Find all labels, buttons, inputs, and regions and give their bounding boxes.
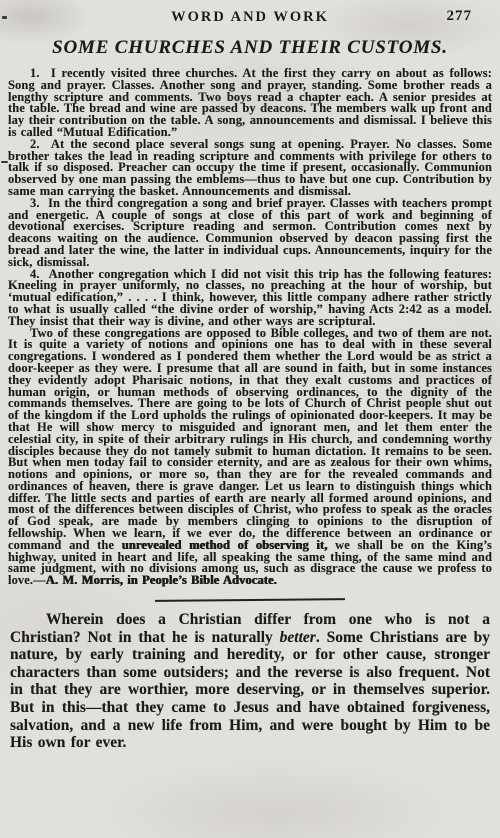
section-divider [155, 598, 345, 602]
paragraph: 3. In the third congregation a song and … [8, 198, 492, 269]
page-header: WORD AND WORK 277 [0, 0, 500, 27]
paragraph: 2. At the second place several songs sun… [8, 139, 492, 198]
text-run: . Some Christians are by nature, by earl… [10, 629, 490, 752]
bold-run: A. M. Morris, in People’s Bible Advocate… [46, 573, 277, 587]
journal-title: WORD AND WORK [171, 9, 329, 25]
closing-passage: Wherein does a Christian differ from one… [0, 611, 500, 752]
paragraph: Wherein does a Christian differ from one… [10, 611, 490, 752]
paragraph: 1. I recently visited three churches. At… [8, 68, 492, 139]
text-run: 4. Another congregation which I did not … [8, 267, 492, 328]
paragraph: 4. Another congregation which I did not … [8, 269, 492, 328]
article-body: 1. I recently visited three churches. At… [0, 68, 500, 587]
scan-artifact [1, 161, 8, 163]
page-number: 277 [447, 8, 473, 25]
text-run: 3. In the third congregation a song and … [8, 196, 492, 269]
text-run: 1. I recently visited three churches. At… [8, 66, 492, 139]
text-run: Two of these congregations are opposed t… [8, 326, 492, 552]
article-title: SOME CHURCHES AND THEIR CUSTOMS. [0, 37, 500, 59]
scanned-page: WORD AND WORK 277 SOME CHURCHES AND THEI… [0, 0, 500, 838]
text-run: 2. At the second place several songs sun… [8, 137, 492, 198]
paragraph: Two of these congregations are opposed t… [8, 328, 492, 588]
italic-run: better [280, 629, 316, 646]
